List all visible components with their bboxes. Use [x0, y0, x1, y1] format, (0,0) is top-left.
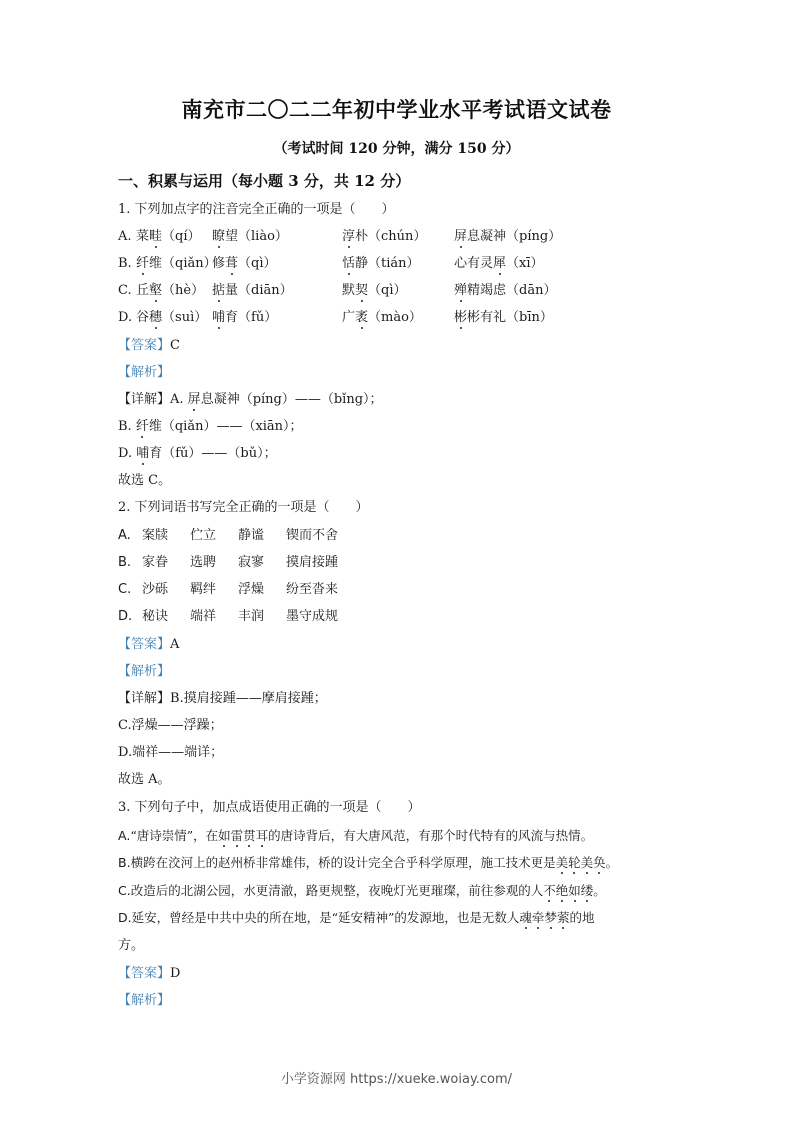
- option-label: D.: [118, 309, 132, 327]
- answer-label: 【答案】: [118, 637, 170, 652]
- detail-row: B. 纤维（qiǎn）——（xiān）；: [118, 418, 303, 436]
- question-1-stem: 1. 下列加点字的注音完全正确的一项是（ ）: [118, 201, 395, 219]
- option-row: A. 菜畦（qí）瞭望（liào）淳朴（chún）屏息凝神（píng）: [118, 228, 132, 246]
- dotted-char: 如: [218, 828, 231, 843]
- dotted-char: 哺: [212, 310, 225, 325]
- option-label: A.: [118, 228, 132, 246]
- q1-conclusion: 故选 C。: [118, 472, 171, 490]
- option-item: 广袤（mào）: [342, 309, 422, 327]
- option-row: B. 横跨在洨河上的赵州桥非常雄伟，桥的设计完全合乎科学原理，施工技术更是美轮美…: [118, 854, 618, 872]
- option-item: 纤维（qiǎn）: [136, 255, 217, 273]
- question-2-stem: 2. 下列词语书写完全正确的一项是（ ）: [118, 499, 369, 517]
- dotted-idiom: 美轮美奂: [556, 855, 606, 870]
- q2-conclusion: 故选 A。: [118, 771, 171, 789]
- dotted-char: 契: [355, 283, 368, 298]
- answer-value: C: [170, 338, 180, 353]
- option-word: 浮燥: [238, 581, 264, 599]
- option-word: 沙砾: [142, 581, 168, 599]
- dotted-char: 殚: [454, 283, 467, 298]
- answer-value: A: [170, 637, 179, 652]
- option-word: 摸肩接踵: [286, 554, 338, 572]
- exam-page: 南充市二〇二二年初中学业水平考试语文试卷 （考试时间 120 分钟，满分 150…: [0, 0, 793, 1122]
- dotted-char: 犀: [493, 256, 506, 271]
- dotted-char: 葺: [225, 256, 238, 271]
- dotted-char: 屏: [188, 392, 201, 407]
- question-3-stem: 3. 下列句子中，加点成语使用正确的一项是（ ）: [118, 799, 421, 817]
- exam-info: （考试时间 120 分钟，满分 150 分）: [0, 138, 793, 158]
- option-row: C.沙砾羁绊浮燥纷至沓来: [118, 581, 131, 599]
- option-row: A. “唐诗崇情”，在如雷贯耳的唐诗背后，有大唐风范，有那个时代特有的风流与热情…: [118, 827, 593, 845]
- dotted-char: 牵: [532, 910, 545, 925]
- option-row-continued: 方。: [118, 937, 144, 955]
- option-item: 屏息凝神（píng）: [454, 228, 561, 246]
- option-label: B.: [118, 255, 132, 273]
- dotted-char: 瞭: [212, 229, 225, 244]
- option-label: B.: [118, 554, 131, 572]
- dotted-char: 如: [568, 883, 581, 898]
- option-label: D.: [118, 909, 132, 927]
- option-row: D. 谷穗（suì）哺育（fǔ）广袤（mào）彬彬有礼（bīn）: [118, 309, 132, 327]
- option-item: 哺育（fǔ）: [212, 309, 277, 327]
- option-word: 秘诀: [142, 608, 168, 626]
- option-label: C.: [118, 282, 132, 300]
- section-heading: 一、积累与运用（每小题 3 分，共 12 分）: [118, 170, 410, 191]
- option-word: 丰润: [238, 608, 264, 626]
- option-word: 寂寥: [238, 554, 264, 572]
- option-label: D.: [118, 608, 132, 626]
- option-item: 恬静（tián）: [342, 255, 420, 273]
- option-word: 选聘: [190, 554, 216, 572]
- dotted-char: 梦: [544, 910, 557, 925]
- option-word: 伫立: [190, 527, 216, 545]
- dotted-char: 耳: [256, 828, 269, 843]
- option-item: 心有灵犀（xī）: [454, 255, 544, 273]
- option-item: 彬彬有礼（bīn）: [454, 309, 553, 327]
- answer-value: D: [170, 966, 180, 981]
- dotted-char: 不: [543, 883, 556, 898]
- answer-label: 【答案】: [118, 966, 170, 981]
- detail-label: 【详解】: [118, 392, 170, 407]
- option-item: 丘壑（hè）: [136, 282, 204, 300]
- q1-answer: 【答案】C: [118, 337, 180, 355]
- option-word: 纷至沓来: [286, 581, 338, 599]
- option-item: 殚精竭虑（dān）: [454, 282, 556, 300]
- option-item: 掂量（diān）: [212, 282, 293, 300]
- q2-analysis-label: 【解析】: [118, 663, 170, 681]
- option-item: 淳朴（chún）: [342, 228, 426, 246]
- option-row: B.家眷选聘寂寥摸肩接踵: [118, 554, 131, 572]
- q3-answer: 【答案】D: [118, 965, 180, 983]
- dotted-char: 恬: [342, 256, 355, 271]
- dotted-char: 屏: [454, 229, 467, 244]
- dotted-char: 美: [556, 855, 569, 870]
- page-title: 南充市二〇二二年初中学业水平考试语文试卷: [0, 94, 793, 124]
- dotted-char: 纤: [136, 419, 149, 434]
- option-item: 菜畦（qí）: [136, 228, 201, 246]
- option-row: D. 延安，曾经是中共中央的所在地，是“延安精神”的发源地，也是无数人魂牵梦萦的…: [118, 909, 594, 927]
- option-word: 锲而不舍: [286, 527, 338, 545]
- option-label: C.: [118, 882, 131, 900]
- q2-detail-3: D.端祥——端详；: [118, 744, 223, 762]
- dotted-char: 轮: [568, 855, 581, 870]
- dotted-char: 雷: [231, 828, 244, 843]
- option-item: 谷穗（suì）: [136, 309, 207, 327]
- dotted-char: 穗: [149, 310, 162, 325]
- q3-analysis-label: 【解析】: [118, 992, 170, 1010]
- option-word: 墨守成规: [286, 608, 338, 626]
- q2-detail-2: C.浮燥——浮躁；: [118, 717, 223, 735]
- dotted-char: 掂: [212, 283, 225, 298]
- dotted-char: 纤: [136, 256, 149, 271]
- option-row: C. 改造后的北湖公园，水更清澈，路更规整，夜晚灯光更璀璨，前往参观的人不绝如缕…: [118, 882, 606, 900]
- footer-watermark: 小学资源网 https://xueke.woiay.com/: [0, 1068, 793, 1087]
- q1-analysis-label: 【解析】: [118, 364, 170, 382]
- option-item: 瞭望（liào）: [212, 228, 288, 246]
- dotted-char: 彬: [454, 310, 467, 325]
- option-word: 家眷: [142, 554, 168, 572]
- dotted-char: 萦: [557, 910, 570, 925]
- dotted-char: 奂: [593, 855, 606, 870]
- option-word: 羁绊: [190, 581, 216, 599]
- dotted-idiom: 魂牵梦萦: [519, 910, 569, 925]
- option-item: 修葺（qì）: [212, 255, 277, 273]
- dotted-char: 袤: [355, 310, 368, 325]
- dotted-char: 畦: [149, 229, 162, 244]
- option-row: D.秘诀端祥丰润墨守成规: [118, 608, 132, 626]
- option-word: 静谧: [238, 527, 264, 545]
- option-row: C. 丘壑（hè）掂量（diān）默契（qì）殚精竭虑（dān）: [118, 282, 132, 300]
- option-word: 端祥: [190, 608, 216, 626]
- answer-label: 【答案】: [118, 338, 170, 353]
- dotted-char: 缕: [581, 883, 594, 898]
- option-word: 案牍: [142, 527, 168, 545]
- dotted-idiom: 如雷贯耳: [218, 828, 268, 843]
- q2-answer: 【答案】A: [118, 636, 179, 654]
- dotted-char: 美: [581, 855, 594, 870]
- dotted-char: 淳: [342, 229, 355, 244]
- option-label: B.: [118, 854, 131, 872]
- dotted-char: 魂: [519, 910, 532, 925]
- dotted-char: 哺: [136, 446, 149, 461]
- q2-detail-1: 【详解】B.摸肩接踵——摩肩接踵；: [118, 690, 327, 708]
- detail-row: D. 哺育（fǔ）——（bǔ）；: [118, 445, 277, 463]
- dotted-char: 绝: [556, 883, 569, 898]
- option-item: 默契（qì）: [342, 282, 407, 300]
- dotted-char: 贯: [243, 828, 256, 843]
- detail-row: 【详解】A. 屏息凝神（píng）——（bǐng）；: [118, 391, 383, 409]
- option-row: A.案牍伫立静谧锲而不舍: [118, 527, 131, 545]
- option-label: A.: [118, 527, 131, 545]
- dotted-idiom: 不绝如缕: [543, 883, 593, 898]
- option-label: A.: [118, 827, 130, 845]
- dotted-char: 壑: [149, 283, 162, 298]
- option-label: C.: [118, 581, 131, 599]
- option-row: B. 纤维（qiǎn）修葺（qì）恬静（tián）心有灵犀（xī）: [118, 255, 132, 273]
